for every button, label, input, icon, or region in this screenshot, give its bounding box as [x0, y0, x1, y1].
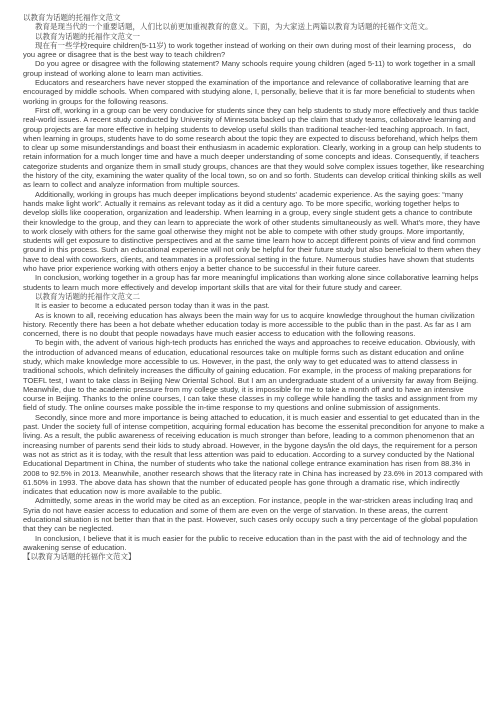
essay1-prompt-en: Do you agree or disagree with the follow… — [23, 59, 485, 78]
intro-paragraph: 教育是现当代的一个重要话题，人们比以前更加重视教育的意义。下面，为大家送上两篇以… — [23, 22, 485, 31]
essay1-prompt-cn: 现在有一些学校require children(5-11岁) to work t… — [23, 41, 485, 60]
essay1-conclusion: In conclusion, working together in a gro… — [23, 273, 485, 292]
essay2-paragraph-2: To begin with, the advent of various hig… — [23, 338, 485, 412]
essay2-paragraph-1: As is known to all, receiving education … — [23, 311, 485, 339]
essay1-heading: 以教育为话题的托福作文范文一 — [23, 32, 485, 41]
essay2-conclusion: In conclusion, I believe that it is much… — [23, 534, 485, 553]
essay1-paragraph-2: First off, working in a group can be ver… — [23, 106, 485, 190]
essay2-paragraph-4: Admittedly, some areas in the world may … — [23, 496, 485, 533]
doc-footer: 【以教育为话题的托福作文范文】 — [23, 552, 485, 561]
essay2-heading: 以教育为话题的托福作文范文二 — [23, 292, 485, 301]
essay1-paragraph-3: Additionally, working in groups has much… — [23, 190, 485, 274]
essay1-paragraph-1: Educators and researchers have never sto… — [23, 78, 485, 106]
doc-title: 以教育为话题的托福作文范文 — [23, 13, 485, 22]
document-page: 以教育为话题的托福作文范文教育是现当代的一个重要话题，人们比以前更加重视教育的意… — [0, 0, 504, 713]
essay-document: 以教育为话题的托福作文范文教育是现当代的一个重要话题，人们比以前更加重视教育的意… — [0, 0, 504, 562]
essay2-paragraph-3: Secondly, since more and more importance… — [23, 413, 485, 497]
essay2-prompt: It is easier to become a educated person… — [23, 301, 485, 310]
